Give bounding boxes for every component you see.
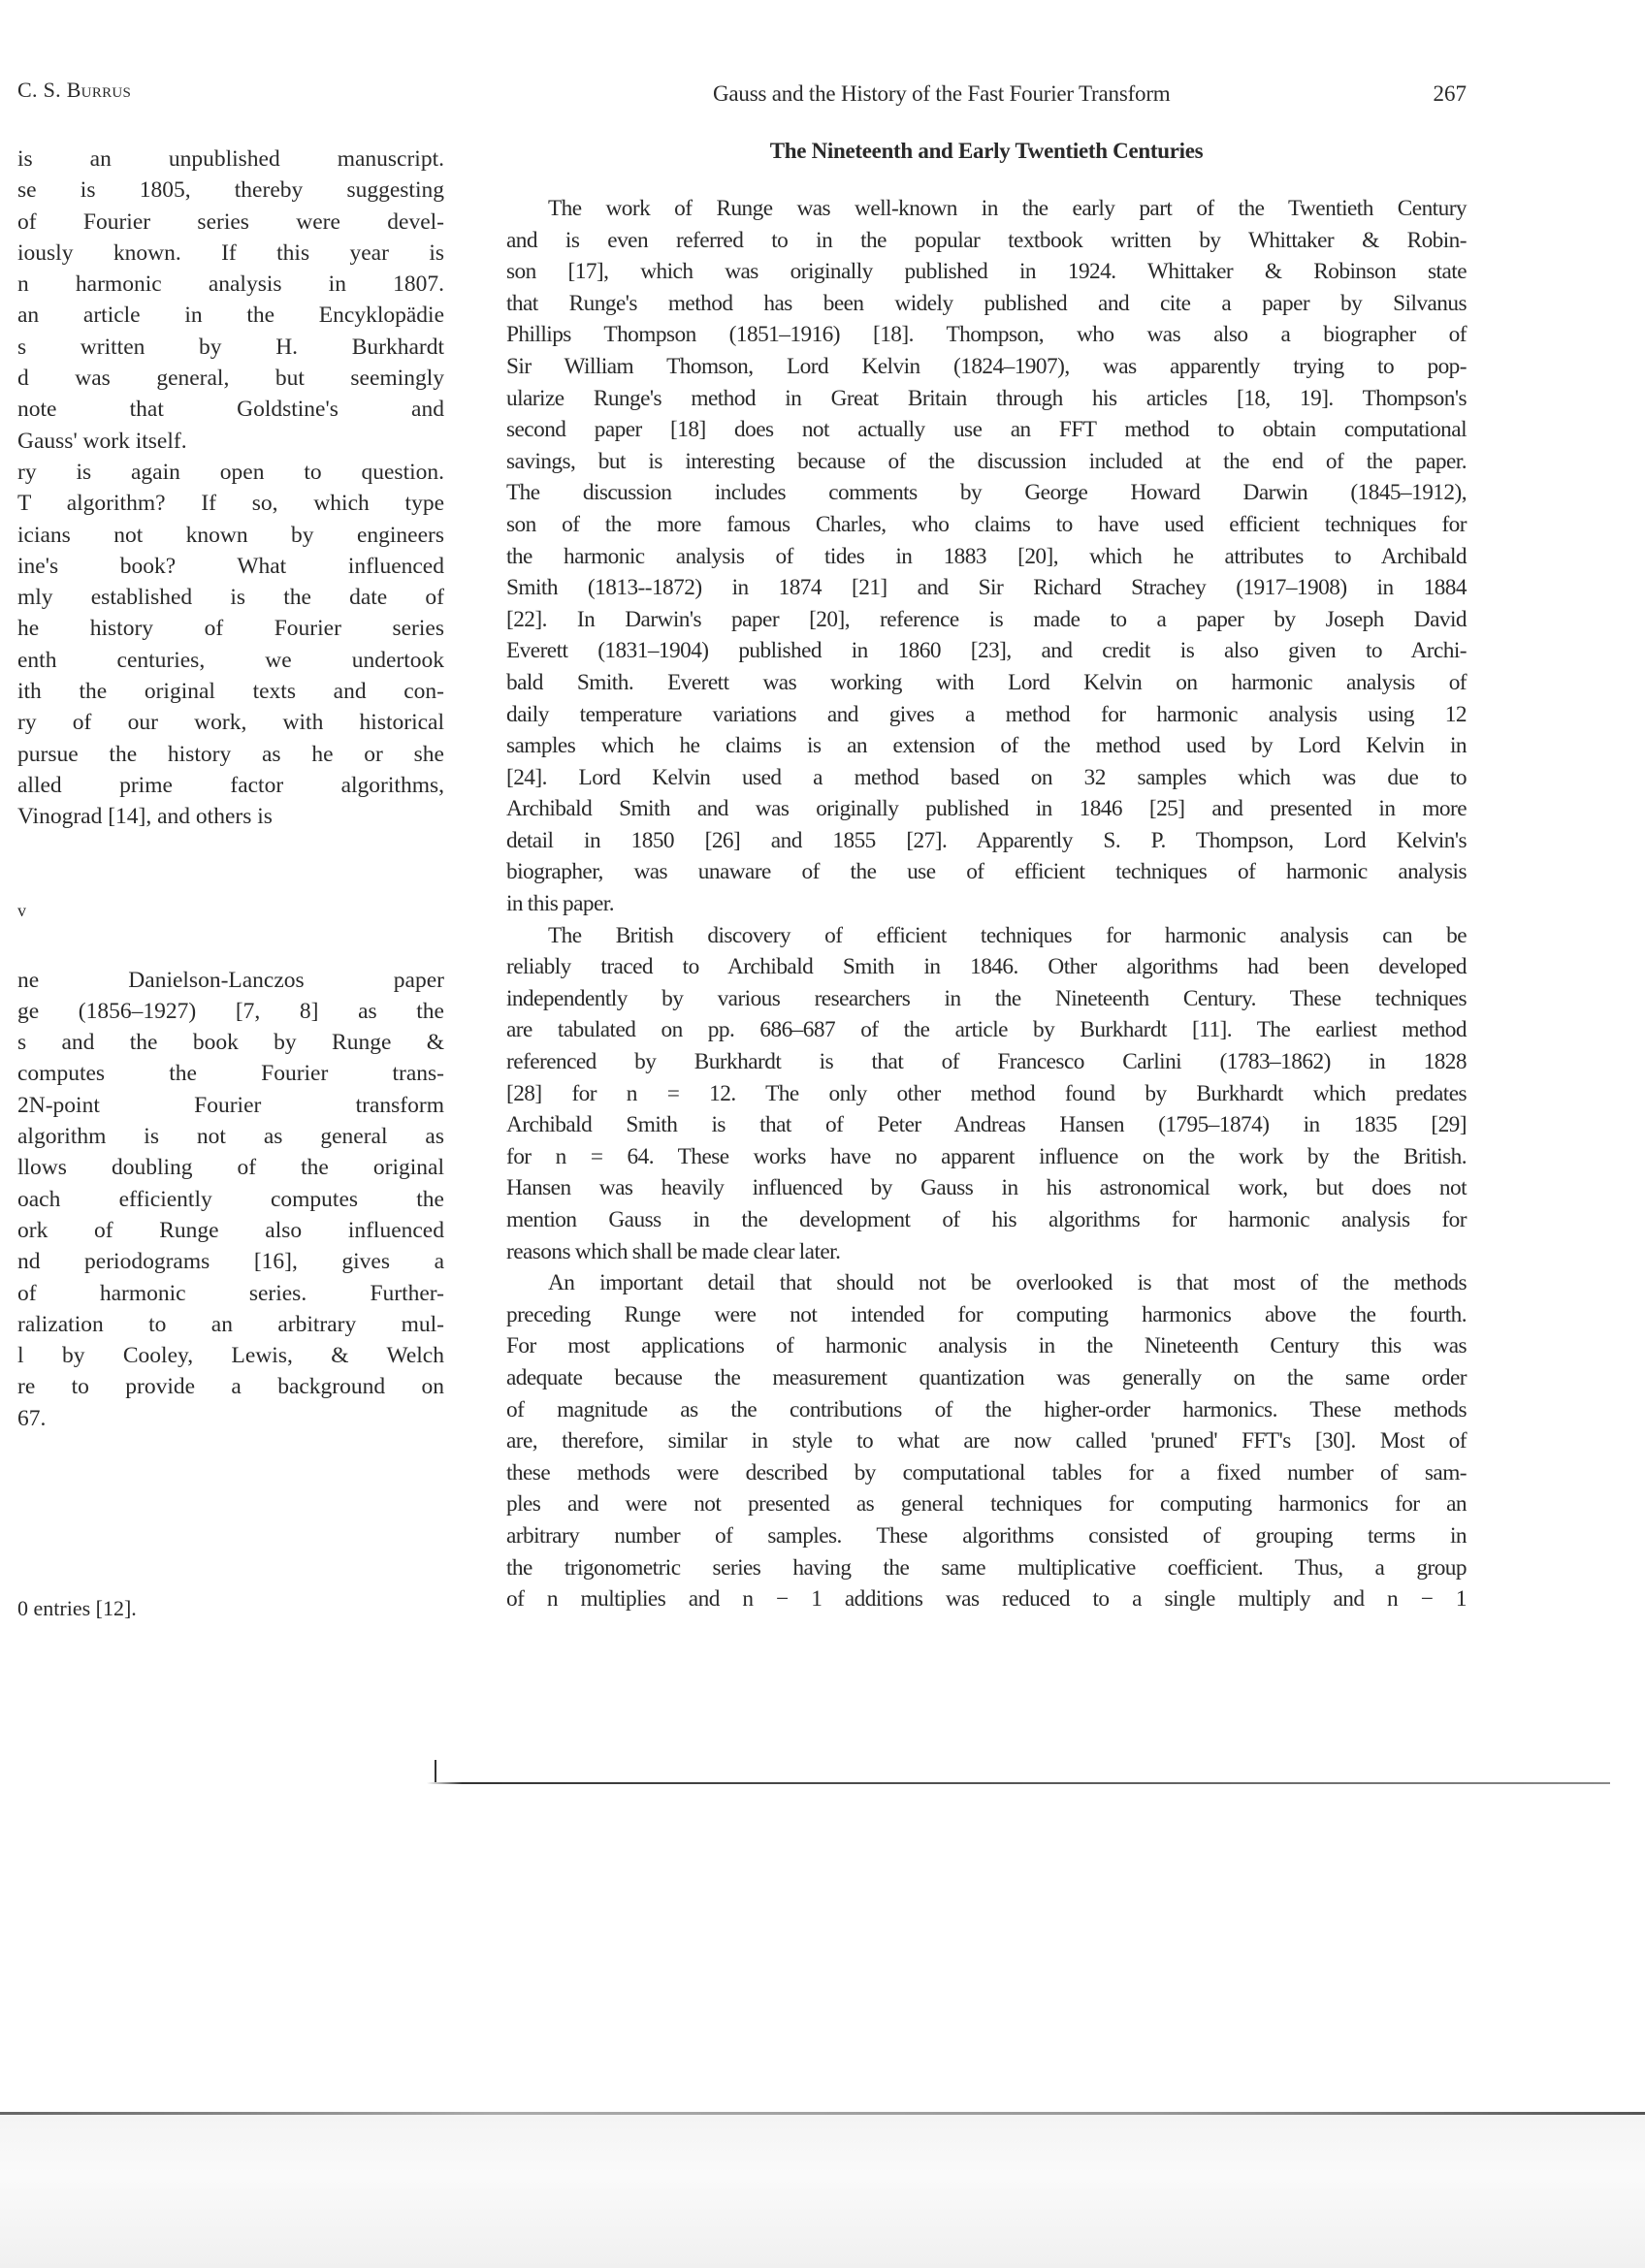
section-heading: The Nineteenth and Early Twentieth Centu… bbox=[506, 139, 1467, 164]
text-line: in this paper. bbox=[506, 888, 1467, 920]
text-line: Sir William Thomson, Lord Kelvin (1824–1… bbox=[506, 351, 1467, 383]
text-line: the trigonometric series having the same… bbox=[506, 1552, 1467, 1584]
left-text-block-1: is an unpublished manuscript.se is 1805,… bbox=[17, 144, 456, 833]
text-line: for n = 64. These works have no apparent… bbox=[506, 1141, 1467, 1173]
left-running-head: C. S. Burrus bbox=[17, 78, 456, 103]
text-line: mention Gauss in the development of his … bbox=[506, 1204, 1467, 1236]
scan-background bbox=[0, 2115, 1645, 2268]
text-line: is an unpublished manuscript. bbox=[17, 144, 444, 175]
text-line: ine's book? What influenced bbox=[17, 551, 444, 582]
text-line: arbitrary number of samples. These algor… bbox=[506, 1520, 1467, 1552]
text-line: n harmonic analysis in 1807. bbox=[17, 269, 444, 300]
text-line: alled prime factor algorithms, bbox=[17, 770, 444, 801]
text-line: [24]. Lord Kelvin used a method based on… bbox=[506, 762, 1467, 794]
text-line: enth centuries, we undertook bbox=[17, 645, 444, 676]
text-line: ularize Runge's method in Great Britain … bbox=[506, 383, 1467, 415]
text-line: d was general, but seemingly bbox=[17, 363, 444, 394]
text-line: daily temperature variations and gives a… bbox=[506, 699, 1467, 731]
text-line: re to provide a background on bbox=[17, 1371, 444, 1402]
text-line: independently by various researchers in … bbox=[506, 983, 1467, 1015]
text-line: son [17], which was originally published… bbox=[506, 256, 1467, 288]
text-line: [22]. In Darwin's paper [20], reference … bbox=[506, 604, 1467, 636]
text-line: that Runge's method has been widely publ… bbox=[506, 288, 1467, 320]
text-line: nd periodograms [16], gives a bbox=[17, 1246, 444, 1277]
text-line: Phillips Thompson (1851–1916) [18]. Thom… bbox=[506, 319, 1467, 351]
left-footnote: 0 entries [12]. bbox=[17, 1596, 137, 1621]
text-line: s written by H. Burkhardt bbox=[17, 332, 444, 363]
left-text-block-2: ne Danielson-Lanczos paperge (1856–1927)… bbox=[17, 965, 456, 1434]
paragraph: The work of Runge was well-known in the … bbox=[506, 193, 1467, 920]
text-line: ples and were not presented as general t… bbox=[506, 1488, 1467, 1520]
text-line: biographer, was unaware of the use of ef… bbox=[506, 856, 1467, 888]
text-line: and is even referred to in the popular t… bbox=[506, 225, 1467, 257]
text-line: an article in the Encyklopädie bbox=[17, 300, 444, 331]
text-line: savings, but is interesting because of t… bbox=[506, 446, 1467, 478]
text-line: The British discovery of efficient techn… bbox=[506, 920, 1467, 952]
text-line: oach efficiently computes the bbox=[17, 1184, 444, 1215]
text-line: samples which he claims is an extension … bbox=[506, 730, 1467, 762]
text-line: second paper [18] does not actually use … bbox=[506, 414, 1467, 446]
text-line: ry is again open to question. bbox=[17, 457, 444, 488]
text-line: 2N-point Fourier transform bbox=[17, 1090, 444, 1121]
text-line: Hansen was heavily influenced by Gauss i… bbox=[506, 1172, 1467, 1204]
page-number: 267 bbox=[1434, 81, 1468, 107]
text-line: the harmonic analysis of tides in 1883 [… bbox=[506, 541, 1467, 573]
text-line: are, therefore, similar in style to what… bbox=[506, 1425, 1467, 1457]
text-line: ge (1856–1927) [7, 8] as the bbox=[17, 996, 444, 1027]
text-line: ith the original texts and con- bbox=[17, 676, 444, 707]
text-line: Vinograd [14], and others is bbox=[17, 801, 444, 832]
scan-artifact bbox=[435, 1760, 436, 1783]
text-line: An important detail that should not be o… bbox=[506, 1267, 1467, 1299]
text-line: of harmonic series. Further- bbox=[17, 1278, 444, 1309]
text-line: bald Smith. Everett was working with Lor… bbox=[506, 667, 1467, 699]
text-line: son of the more famous Charles, who clai… bbox=[506, 509, 1467, 541]
text-line: icians not known by engineers bbox=[17, 520, 444, 551]
paragraph: An important detail that should not be o… bbox=[506, 1267, 1467, 1615]
text-line: algorithm is not as general as bbox=[17, 1121, 444, 1152]
text-line: T algorithm? If so, which type bbox=[17, 488, 444, 519]
text-line: are tabulated on pp. 686–687 of the arti… bbox=[506, 1014, 1467, 1046]
text-line: Gauss' work itself. bbox=[17, 426, 444, 457]
text-line: of magnitude as the contributions of the… bbox=[506, 1394, 1467, 1426]
text-line: mly established is the date of bbox=[17, 582, 444, 613]
margin-mark: v bbox=[17, 895, 456, 926]
text-line: For most applications of harmonic analys… bbox=[506, 1330, 1467, 1362]
paragraph: The British discovery of efficient techn… bbox=[506, 920, 1467, 1268]
left-column-fragment: C. S. Burrus is an unpublished manuscrip… bbox=[17, 78, 456, 1434]
text-line: adequate because the measurement quantiz… bbox=[506, 1362, 1467, 1394]
text-line: reliably traced to Archibald Smith in 18… bbox=[506, 951, 1467, 983]
text-line: note that Goldstine's and bbox=[17, 394, 444, 425]
text-line: llows doubling of the original bbox=[17, 1152, 444, 1183]
text-line: Smith (1813--1872) in 1874 [21] and Sir … bbox=[506, 572, 1467, 604]
text-line: iously known. If this year is bbox=[17, 238, 444, 269]
text-line: 67. bbox=[17, 1403, 444, 1434]
text-line: pursue the history as he or she bbox=[17, 739, 444, 770]
text-line: referenced by Burkhardt is that of Franc… bbox=[506, 1046, 1467, 1078]
text-line: [28] for n = 12. The only other method f… bbox=[506, 1078, 1467, 1110]
text-line: Everett (1831–1904) published in 1860 [2… bbox=[506, 635, 1467, 667]
text-line: ralization to an arbitrary mul- bbox=[17, 1309, 444, 1340]
text-line: he history of Fourier series bbox=[17, 613, 444, 644]
running-head: Gauss and the History of the Fast Fourie… bbox=[506, 78, 1467, 116]
text-line: The work of Runge was well-known in the … bbox=[506, 193, 1467, 225]
text-line: Archibald Smith is that of Peter Andreas… bbox=[506, 1109, 1467, 1141]
text-line: Archibald Smith and was originally publi… bbox=[506, 793, 1467, 825]
text-line: ork of Runge also influenced bbox=[17, 1215, 444, 1246]
body-text: The work of Runge was well-known in the … bbox=[506, 193, 1467, 1615]
text-line: The discussion includes comments by Geor… bbox=[506, 477, 1467, 509]
text-line: l by Cooley, Lewis, & Welch bbox=[17, 1340, 444, 1371]
text-line: s and the book by Runge & bbox=[17, 1027, 444, 1058]
text-line: of n multiplies and n − 1 additions was … bbox=[506, 1583, 1467, 1615]
running-title: Gauss and the History of the Fast Fourie… bbox=[713, 81, 1171, 107]
text-line: these methods were described by computat… bbox=[506, 1457, 1467, 1489]
text-line: ne Danielson-Lanczos paper bbox=[17, 965, 444, 996]
text-line: detail in 1850 [26] and 1855 [27]. Appar… bbox=[506, 825, 1467, 857]
text-line: reasons which shall be made clear later. bbox=[506, 1236, 1467, 1268]
text-line: computes the Fourier trans- bbox=[17, 1058, 444, 1089]
right-column: Gauss and the History of the Fast Fourie… bbox=[506, 78, 1467, 1615]
page-bottom-rule bbox=[427, 1782, 1610, 1784]
text-line: of Fourier series were devel- bbox=[17, 207, 444, 238]
text-line: se is 1805, thereby suggesting bbox=[17, 175, 444, 206]
text-line: ry of our work, with historical bbox=[17, 707, 444, 738]
text-line: preceding Runge were not intended for co… bbox=[506, 1299, 1467, 1331]
